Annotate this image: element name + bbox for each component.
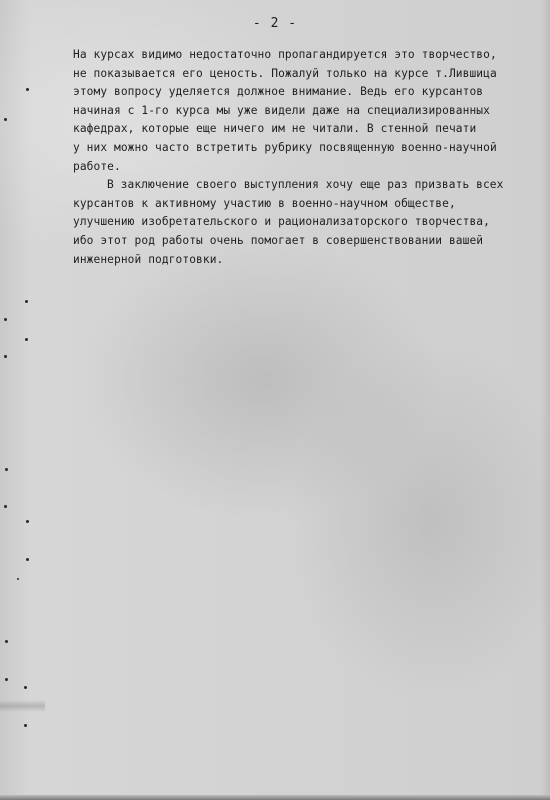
margin-speck xyxy=(24,724,27,727)
margin-speck xyxy=(26,520,29,523)
margin-speck xyxy=(4,505,7,508)
paragraph-1: На курсах видимо недостаточно пропаганди… xyxy=(73,46,543,176)
text-line: этому вопросу уделяется должное внимание… xyxy=(73,83,543,102)
margin-speck xyxy=(24,686,27,689)
text-line: ибо этот род работы очень помогает в сов… xyxy=(73,232,543,251)
text-line: В заключение своего выступления хочу еще… xyxy=(73,176,543,195)
margin-speck xyxy=(4,118,7,121)
margin-speck xyxy=(17,578,19,580)
text-line: инженерной подготовки. xyxy=(73,251,543,270)
margin-speck xyxy=(26,88,29,91)
document-body: На курсах видимо недостаточно пропаганди… xyxy=(73,46,543,269)
text-line: работе. xyxy=(73,158,543,177)
margin-speck xyxy=(5,640,8,643)
text-line: у них можно часто встретить рубрику посв… xyxy=(73,139,543,158)
margin-speck xyxy=(26,558,29,561)
page-number: - 2 - xyxy=(0,16,550,31)
paper-fold-shadow xyxy=(0,700,45,712)
margin-speck xyxy=(4,355,7,358)
text-line: начиная с 1-го курса мы уже видели даже … xyxy=(73,102,543,121)
margin-speck xyxy=(4,318,7,321)
margin-speck xyxy=(25,300,28,303)
text-line: курсантов к активному участию в военно-н… xyxy=(73,195,543,214)
text-line: кафедрах, которые еще ничего им не читал… xyxy=(73,120,543,139)
text-line: На курсах видимо недостаточно пропаганди… xyxy=(73,46,543,65)
paragraph-2: В заключение своего выступления хочу еще… xyxy=(73,176,543,269)
text-line: не показывается его ценость. Пожалуй тол… xyxy=(73,65,543,84)
margin-speck xyxy=(5,678,8,681)
text-line: улучшению изобретательского и рационализ… xyxy=(73,213,543,232)
margin-speck xyxy=(25,338,28,341)
page-bottom-edge xyxy=(0,795,550,800)
margin-speck xyxy=(5,468,8,471)
document-page: - 2 - На курсах видимо недостаточно проп… xyxy=(0,0,550,800)
